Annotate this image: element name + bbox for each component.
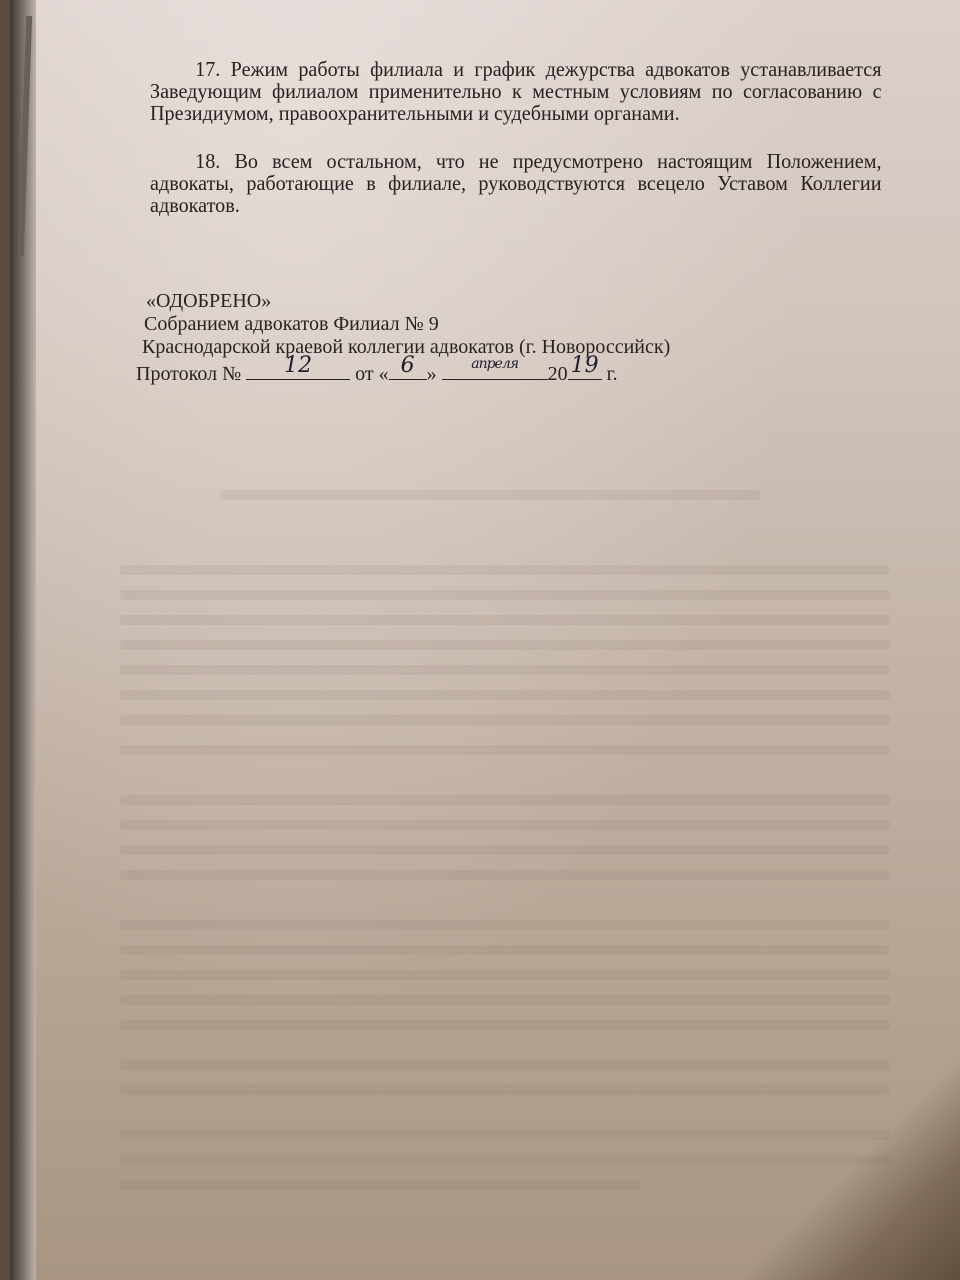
paragraph-17-text: 17. Режим работы филиала и график дежурс… <box>150 58 882 124</box>
day-field: 6 <box>389 359 427 380</box>
year-field: 19 <box>568 359 602 380</box>
approval-block: «ОДОБРЕНО» Собранием адвокатов Филиал № … <box>136 290 670 386</box>
protocol-label: Протокол № <box>136 363 241 385</box>
day-handwritten: 6 <box>389 355 427 377</box>
paragraph-18: 18. Во всем остальном, что не предусмотр… <box>150 150 882 216</box>
protocol-line: Протокол № 12 от «6» апреля2019 г. <box>136 359 670 386</box>
paragraph-18-text: 18. Во всем остальном, что не предусмотр… <box>150 150 882 216</box>
from-label: от « <box>355 363 388 385</box>
document-page: 17. Режим работы филиала и график дежурс… <box>10 0 960 1280</box>
protocol-number-handwritten: 12 <box>246 355 350 377</box>
paragraph-17: 17. Режим работы филиала и график дежурс… <box>150 58 882 124</box>
year-handwritten: 19 <box>568 355 602 377</box>
year-unit: г. <box>607 363 618 385</box>
day-close-quote: » <box>427 363 437 385</box>
approval-heading: «ОДОБРЕНО» <box>136 290 670 313</box>
month-handwritten: апреля <box>442 353 548 375</box>
protocol-number-field: 12 <box>246 359 350 380</box>
year-prefix: 20 <box>548 363 568 385</box>
approval-body-line-1: Собранием адвокатов Филиал № 9 <box>136 313 670 336</box>
month-field: апреля <box>442 359 548 380</box>
